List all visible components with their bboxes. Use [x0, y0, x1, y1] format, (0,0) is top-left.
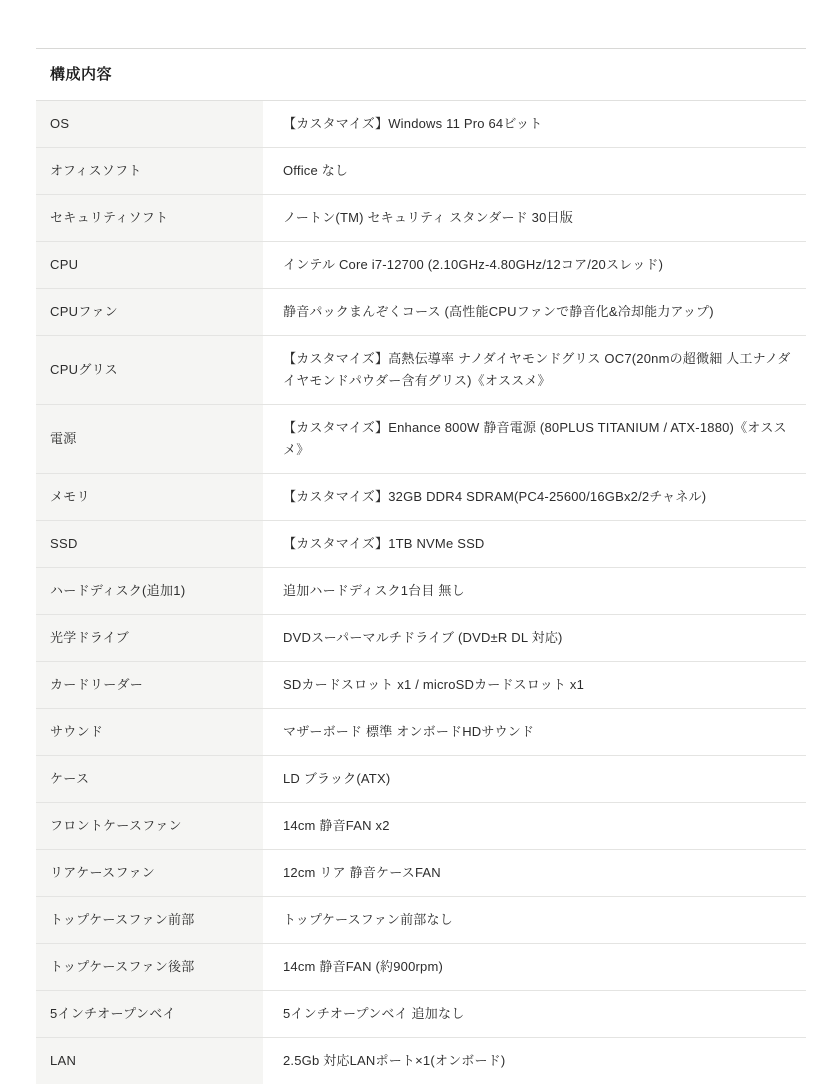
- spec-row-value: LD ブラック(ATX): [283, 768, 390, 790]
- spec-row-value-cell: 【カスタマイズ】Windows 11 Pro 64ビット: [263, 101, 806, 147]
- spec-row-value-cell: 【カスタマイズ】高熱伝導率 ナノダイヤモンドグリス OC7(20nmの超微細 人…: [263, 336, 806, 404]
- spec-row-value: 【カスタマイズ】1TB NVMe SSD: [283, 533, 485, 555]
- spec-row: ハードディスク(追加1) 追加ハードディスク1台目 無し: [36, 568, 806, 615]
- spec-row: CPUグリス 【カスタマイズ】高熱伝導率 ナノダイヤモンドグリス OC7(20n…: [36, 336, 806, 405]
- spec-row-label-cell: SSD: [36, 521, 263, 567]
- spec-row: サウンド マザーボード 標準 オンボードHDサウンド: [36, 709, 806, 756]
- spec-row-label-cell: 光学ドライブ: [36, 615, 263, 661]
- spec-row-value-cell: インテル Core i7-12700 (2.10GHz-4.80GHz/12コア…: [263, 242, 806, 288]
- spec-row-value-cell: Office なし: [263, 148, 806, 194]
- spec-row-label-cell: CPUグリス: [36, 336, 263, 404]
- spec-row: メモリ 【カスタマイズ】32GB DDR4 SDRAM(PC4-25600/16…: [36, 474, 806, 521]
- spec-row-label: オフィスソフト: [50, 160, 142, 182]
- spec-row-label-cell: フロントケースファン: [36, 803, 263, 849]
- spec-row-label: トップケースファン後部: [50, 956, 195, 978]
- spec-row-value: 2.5Gb 対応LANポート×1(オンボード): [283, 1050, 505, 1072]
- spec-row: トップケースファン後部 14cm 静音FAN (約900rpm): [36, 944, 806, 991]
- spec-row-label-cell: 電源: [36, 405, 263, 473]
- spec-row-value: 【カスタマイズ】32GB DDR4 SDRAM(PC4-25600/16GBx2…: [283, 486, 706, 508]
- spec-row-label: ケース: [50, 768, 89, 790]
- spec-row-label-cell: トップケースファン後部: [36, 944, 263, 990]
- spec-row-label-cell: セキュリティソフト: [36, 195, 263, 241]
- spec-row-value-cell: 5インチオープンベイ 追加なし: [263, 991, 806, 1037]
- spec-row-label: カードリーダー: [50, 674, 143, 696]
- spec-row-value: 静音パックまんぞくコース (高性能CPUファンで静音化&冷却能力アップ): [283, 301, 714, 323]
- spec-row: 光学ドライブ DVDスーパーマルチドライブ (DVD±R DL 対応): [36, 615, 806, 662]
- spec-row-label-cell: 5インチオープンベイ: [36, 991, 263, 1037]
- spec-row: リアケースファン 12cm リア 静音ケースFAN: [36, 850, 806, 897]
- spec-row-value-cell: 14cm 静音FAN (約900rpm): [263, 944, 806, 990]
- spec-row-label-cell: トップケースファン前部: [36, 897, 263, 943]
- spec-row-label: CPUファン: [50, 301, 118, 323]
- spec-row-value-cell: 2.5Gb 対応LANポート×1(オンボード): [263, 1038, 806, 1084]
- spec-row-value: Office なし: [283, 160, 348, 182]
- spec-row-label: CPU: [50, 254, 78, 276]
- spec-section-header: 構成内容: [36, 48, 806, 101]
- spec-row: OS 【カスタマイズ】Windows 11 Pro 64ビット: [36, 101, 806, 148]
- spec-row-value: 【カスタマイズ】Enhance 800W 静音電源 (80PLUS TITANI…: [283, 417, 792, 461]
- spec-row-label-cell: リアケースファン: [36, 850, 263, 896]
- spec-row-value-cell: マザーボード 標準 オンボードHDサウンド: [263, 709, 806, 755]
- spec-row-label: 電源: [50, 428, 77, 450]
- spec-row-value: 14cm 静音FAN (約900rpm): [283, 956, 443, 978]
- spec-row-value-cell: SDカードスロット x1 / microSDカードスロット x1: [263, 662, 806, 708]
- spec-row-label: サウンド: [50, 721, 103, 743]
- spec-row: 5インチオープンベイ 5インチオープンベイ 追加なし: [36, 991, 806, 1038]
- spec-row-value-cell: 静音パックまんぞくコース (高性能CPUファンで静音化&冷却能力アップ): [263, 289, 806, 335]
- spec-row-value-cell: DVDスーパーマルチドライブ (DVD±R DL 対応): [263, 615, 806, 661]
- spec-row-label: メモリ: [50, 486, 90, 508]
- spec-row-value: 12cm リア 静音ケースFAN: [283, 862, 441, 884]
- spec-row-label: SSD: [50, 533, 78, 555]
- spec-row-label-cell: サウンド: [36, 709, 263, 755]
- spec-table-body: OS 【カスタマイズ】Windows 11 Pro 64ビット オフィスソフト …: [36, 101, 806, 1084]
- spec-row-label: リアケースファン: [50, 862, 155, 884]
- spec-row: カードリーダー SDカードスロット x1 / microSDカードスロット x1: [36, 662, 806, 709]
- spec-row-label: トップケースファン前部: [50, 909, 195, 931]
- spec-row-label: OS: [50, 113, 69, 135]
- spec-row-label-cell: オフィスソフト: [36, 148, 263, 194]
- spec-row-value-cell: 14cm 静音FAN x2: [263, 803, 806, 849]
- spec-row-label: セキュリティソフト: [50, 207, 168, 229]
- spec-row: トップケースファン前部 トップケースファン前部なし: [36, 897, 806, 944]
- spec-row-value: インテル Core i7-12700 (2.10GHz-4.80GHz/12コア…: [283, 254, 663, 276]
- spec-row-label: ハードディスク(追加1): [50, 580, 185, 602]
- spec-row-label-cell: メモリ: [36, 474, 263, 520]
- spec-row-value: 14cm 静音FAN x2: [283, 815, 390, 837]
- spec-row: 電源 【カスタマイズ】Enhance 800W 静音電源 (80PLUS TIT…: [36, 405, 806, 474]
- spec-row: SSD 【カスタマイズ】1TB NVMe SSD: [36, 521, 806, 568]
- spec-row: フロントケースファン 14cm 静音FAN x2: [36, 803, 806, 850]
- spec-row-value: 【カスタマイズ】Windows 11 Pro 64ビット: [283, 113, 542, 135]
- spec-row-value: マザーボード 標準 オンボードHDサウンド: [283, 721, 534, 743]
- spec-row: CPUファン 静音パックまんぞくコース (高性能CPUファンで静音化&冷却能力ア…: [36, 289, 806, 336]
- spec-row-value-cell: 追加ハードディスク1台目 無し: [263, 568, 806, 614]
- spec-row-value: ノートン(TM) セキュリティ スタンダード 30日版: [283, 207, 573, 229]
- spec-row: セキュリティソフト ノートン(TM) セキュリティ スタンダード 30日版: [36, 195, 806, 242]
- spec-row-value-cell: LD ブラック(ATX): [263, 756, 806, 802]
- spec-row-value-cell: 【カスタマイズ】Enhance 800W 静音電源 (80PLUS TITANI…: [263, 405, 806, 473]
- spec-row: ケース LD ブラック(ATX): [36, 756, 806, 803]
- spec-row-value: DVDスーパーマルチドライブ (DVD±R DL 対応): [283, 627, 563, 649]
- spec-row-label-cell: CPUファン: [36, 289, 263, 335]
- spec-row: CPU インテル Core i7-12700 (2.10GHz-4.80GHz/…: [36, 242, 806, 289]
- spec-row-value-cell: 【カスタマイズ】32GB DDR4 SDRAM(PC4-25600/16GBx2…: [263, 474, 806, 520]
- spec-row-value-cell: 【カスタマイズ】1TB NVMe SSD: [263, 521, 806, 567]
- spec-section: 構成内容 OS 【カスタマイズ】Windows 11 Pro 64ビット オフィ…: [36, 48, 806, 1084]
- spec-row-value: 5インチオープンベイ 追加なし: [283, 1003, 464, 1025]
- spec-row-value-cell: トップケースファン前部なし: [263, 897, 806, 943]
- spec-row-value: 【カスタマイズ】高熱伝導率 ナノダイヤモンドグリス OC7(20nmの超微細 人…: [283, 348, 792, 392]
- spec-row-label-cell: LAN: [36, 1038, 263, 1084]
- spec-row-label-cell: CPU: [36, 242, 263, 288]
- spec-row-label: CPUグリス: [50, 359, 118, 381]
- spec-row-value-cell: 12cm リア 静音ケースFAN: [263, 850, 806, 896]
- spec-row-value: SDカードスロット x1 / microSDカードスロット x1: [283, 674, 584, 696]
- spec-row-label-cell: OS: [36, 101, 263, 147]
- spec-row-label-cell: ハードディスク(追加1): [36, 568, 263, 614]
- spec-row-value: 追加ハードディスク1台目 無し: [283, 580, 465, 602]
- spec-row: LAN 2.5Gb 対応LANポート×1(オンボード): [36, 1038, 806, 1084]
- spec-row-label: 光学ドライブ: [50, 627, 129, 649]
- spec-row-label-cell: ケース: [36, 756, 263, 802]
- spec-row-value: トップケースファン前部なし: [283, 909, 453, 931]
- spec-row: オフィスソフト Office なし: [36, 148, 806, 195]
- spec-row-label: フロントケースファン: [50, 815, 182, 837]
- spec-row-label: 5インチオープンベイ: [50, 1003, 176, 1025]
- spec-row-label-cell: カードリーダー: [36, 662, 263, 708]
- section-title: 構成内容: [50, 66, 112, 83]
- spec-row-value-cell: ノートン(TM) セキュリティ スタンダード 30日版: [263, 195, 806, 241]
- spec-row-label: LAN: [50, 1050, 76, 1072]
